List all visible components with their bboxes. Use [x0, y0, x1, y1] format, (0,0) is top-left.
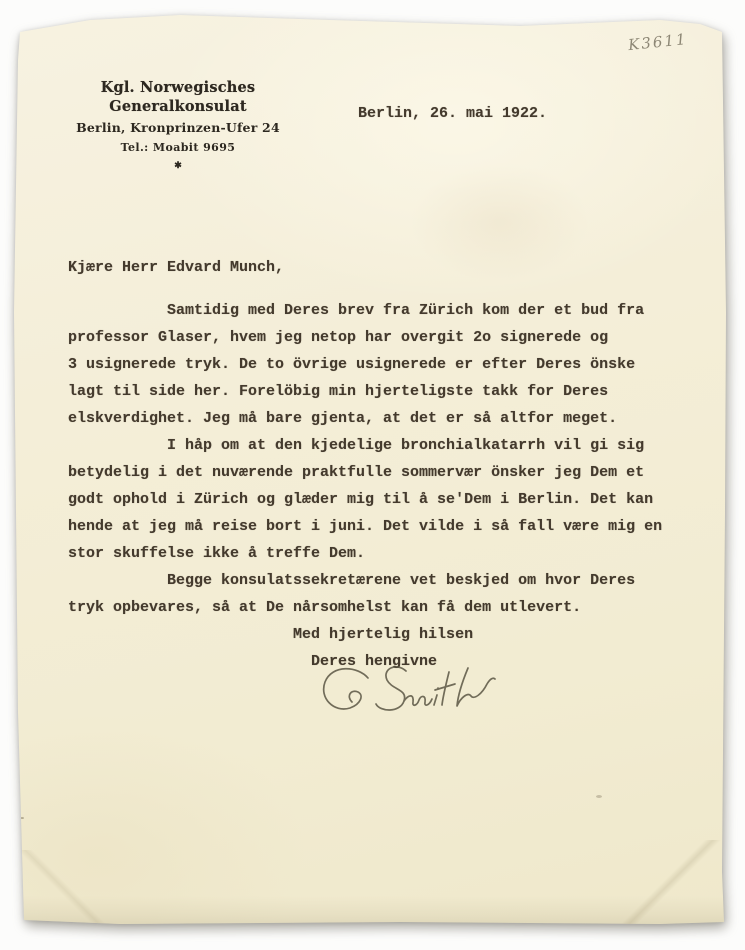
catalogue-number-annotation: K3611	[627, 28, 708, 54]
paper-crease-bottom-left	[10, 850, 120, 930]
letter-scan: Kgl. Norwegisches Generalkonsulat Berlin…	[0, 0, 745, 950]
paper-speck	[20, 817, 24, 819]
paper-fold-shadow	[10, 896, 728, 930]
paper-shadow-wrapper: Kgl. Norwegisches Generalkonsulat Berlin…	[0, 0, 745, 950]
letter-body: Samtidig med Deres brev fra Zürich kom d…	[68, 297, 662, 675]
letterhead: Kgl. Norwegisches Generalkonsulat Berlin…	[43, 78, 313, 172]
paper-stain	[410, 162, 590, 282]
salutation: Kjære Herr Edvard Munch,	[68, 254, 284, 281]
asterisk-ornament-icon: ✱	[43, 160, 313, 172]
letter-paper: Kgl. Norwegisches Generalkonsulat Berlin…	[10, 12, 728, 930]
letterhead-address: Berlin, Kronprinzen-Ufer 24	[43, 119, 313, 137]
paper-crease-bottom-right	[608, 840, 728, 930]
signature-handwriting	[316, 662, 506, 720]
letterhead-organization: Kgl. Norwegisches Generalkonsulat	[43, 78, 313, 116]
letterhead-telephone: Tel.: Moabit 9695	[43, 140, 313, 155]
date-line: Berlin, 26. mai 1922.	[358, 102, 547, 126]
paper-speck	[596, 795, 602, 798]
